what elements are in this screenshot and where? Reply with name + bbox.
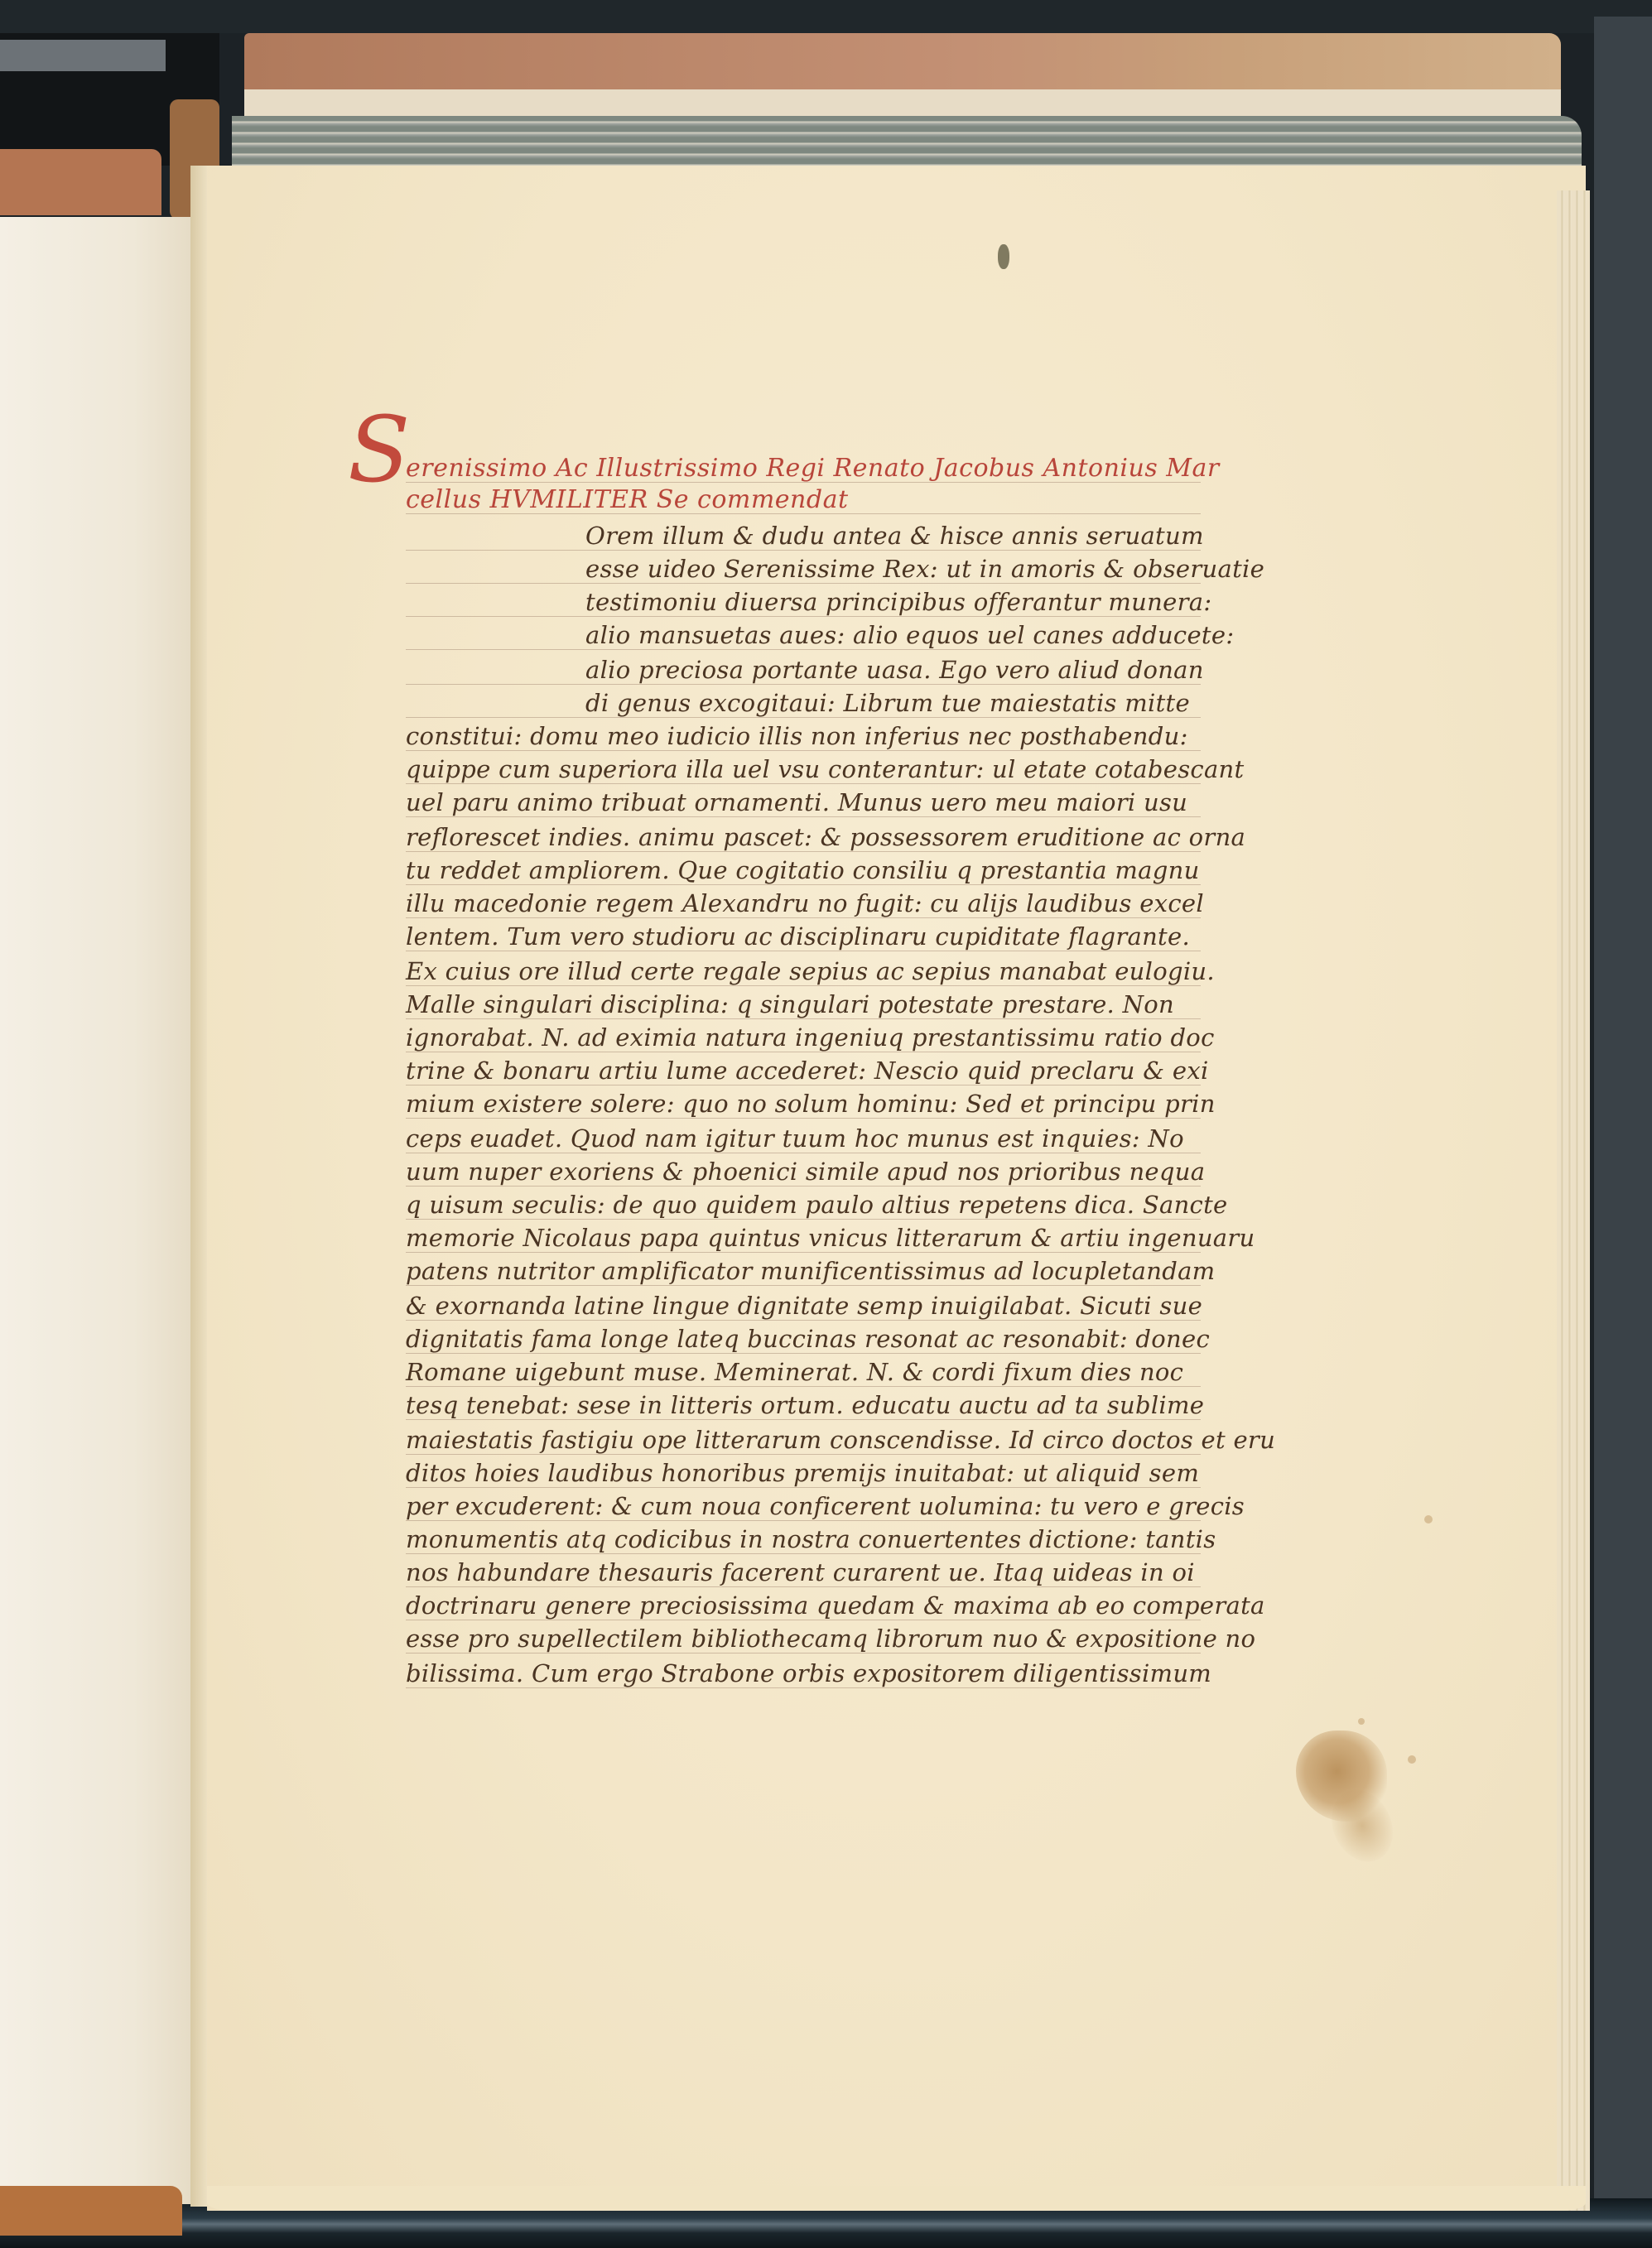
text-line: ignorabat. N. ad eximia natura ingeniuq … bbox=[406, 1023, 1215, 1052]
ruling-line bbox=[406, 1520, 1201, 1521]
left-flyleaf bbox=[0, 217, 190, 2204]
ruling-line bbox=[406, 684, 1201, 685]
scanner-frame-right bbox=[1594, 17, 1652, 2248]
ruling-line bbox=[406, 985, 1201, 986]
ruling-line bbox=[406, 1487, 1201, 1488]
ruling-line bbox=[406, 1018, 1201, 1019]
left-board-stripe bbox=[0, 40, 166, 71]
ruling-line bbox=[406, 1653, 1201, 1654]
rubric-line: cellus HVMILITER Se commendat bbox=[406, 485, 849, 514]
ruling-line bbox=[406, 951, 1201, 951]
text-line: esse uideo Serenissime Rex: ut in amoris… bbox=[585, 555, 1264, 583]
ruling-line bbox=[406, 616, 1201, 617]
ruling-line bbox=[406, 1419, 1201, 1420]
ruling-line bbox=[406, 1454, 1201, 1455]
text-line: illu macedonie regem Alexandru no fugit:… bbox=[406, 889, 1204, 917]
text-line: patens nutritor amplificator munificenti… bbox=[406, 1257, 1216, 1285]
foxing-spot bbox=[1358, 1718, 1365, 1725]
text-line: alio mansuetas aues: alio equos uel cane… bbox=[585, 621, 1234, 649]
foxing-spot bbox=[1424, 1515, 1433, 1524]
text-line: Ex cuius ore illud certe regale sepius a… bbox=[406, 957, 1215, 985]
ruling-line bbox=[406, 1118, 1201, 1119]
text-line: nos habundare thesauris facerent curaren… bbox=[406, 1558, 1195, 1586]
page-bottom-edge bbox=[207, 2186, 1586, 2211]
ruling-line bbox=[406, 1687, 1201, 1688]
ruling-line bbox=[406, 851, 1201, 852]
text-line: Orem illum & dudu antea & hisce annis se… bbox=[585, 522, 1204, 550]
text-line: uum nuper exoriens & phoenici simile apu… bbox=[406, 1158, 1205, 1186]
text-line: lentem. Tum vero studioru ac disciplinar… bbox=[406, 922, 1190, 951]
text-line: ceps euadet. Quod nam igitur tuum hoc mu… bbox=[406, 1124, 1184, 1153]
ruling-line bbox=[406, 649, 1201, 650]
ruling-line bbox=[406, 1285, 1201, 1286]
ruling-line bbox=[406, 717, 1201, 718]
text-line: constitui: domu meo iudicio illis non in… bbox=[406, 722, 1188, 750]
scanner-frame-top bbox=[0, 0, 1652, 33]
signature-mark bbox=[998, 244, 1009, 269]
page-fore-edge bbox=[1557, 190, 1590, 2211]
ruling-line bbox=[406, 583, 1201, 584]
ruling-line bbox=[406, 1219, 1201, 1220]
ruling-line bbox=[406, 1085, 1201, 1085]
text-line: doctrinaru genere preciosissima quedam &… bbox=[406, 1591, 1265, 1620]
text-line: dignitatis fama longe lateq buccinas res… bbox=[406, 1325, 1210, 1353]
ruling-line bbox=[406, 816, 1201, 817]
ruling-line bbox=[406, 884, 1201, 885]
ruling-line bbox=[406, 1153, 1201, 1153]
ruling-line bbox=[406, 1620, 1201, 1620]
ruling-line bbox=[406, 1353, 1201, 1354]
left-leather-corner bbox=[0, 149, 161, 215]
text-line: di genus excogitaui: Librum tue maiestat… bbox=[585, 689, 1190, 717]
text-line: alio preciosa portante uasa. Ego vero al… bbox=[585, 656, 1204, 684]
ruling-line bbox=[406, 550, 1201, 551]
ruling-line bbox=[406, 750, 1201, 751]
text-line: maiestatis fastigiu ope litterarum consc… bbox=[406, 1426, 1275, 1454]
text-line: quippe cum superiora illa uel vsu conter… bbox=[406, 755, 1244, 783]
text-line: esse pro supellectilem bibliothecamq lib… bbox=[406, 1625, 1255, 1653]
rubric-line: erenissimo Ac Illustrissimo Regi Renato … bbox=[406, 454, 1220, 483]
ruling-line bbox=[406, 1586, 1201, 1587]
text-line: memorie Nicolaus papa quintus vnicus lit… bbox=[406, 1224, 1255, 1252]
ruling-line bbox=[406, 1386, 1201, 1387]
rubric-initial: S bbox=[348, 404, 410, 495]
ruling-line bbox=[406, 1186, 1201, 1187]
left-leather-bottom bbox=[0, 2186, 182, 2236]
ruling-line bbox=[406, 1320, 1201, 1321]
ruling-line bbox=[406, 1553, 1201, 1554]
text-line: tesq tenebat: sese in litteris ortum. ed… bbox=[406, 1391, 1204, 1419]
text-line: reflorescet indies. animu pascet: & poss… bbox=[406, 823, 1245, 851]
text-line: ditos hoies laudibus honoribus premijs i… bbox=[406, 1459, 1199, 1487]
text-line: testimoniu diuersa principibus offerantu… bbox=[585, 588, 1211, 616]
ruling-line bbox=[406, 1052, 1201, 1052]
text-line: mium existere solere: quo no solum homin… bbox=[406, 1090, 1216, 1118]
text-line: q uisum seculis: de quo quidem paulo alt… bbox=[406, 1191, 1228, 1219]
ruling-line bbox=[406, 917, 1201, 918]
text-line: Romane uigebunt muse. Meminerat. N. & co… bbox=[406, 1358, 1183, 1386]
ruling-line bbox=[406, 1252, 1201, 1253]
text-line: bilissima. Cum ergo Strabone orbis expos… bbox=[406, 1659, 1211, 1687]
text-line: & exornanda latine lingue dignitate semp… bbox=[406, 1292, 1202, 1320]
text-line: tu reddet ampliorem. Que cogitatio consi… bbox=[406, 856, 1200, 884]
ruling-line bbox=[406, 783, 1201, 784]
text-line: trine & bonaru artiu lume accederet: Nes… bbox=[406, 1057, 1209, 1085]
text-line: uel paru animo tribuat ornamenti. Munus … bbox=[406, 788, 1187, 816]
text-line: Malle singulari disciplina: q singulari … bbox=[406, 990, 1174, 1018]
text-line: monumentis atq codicibus in nostra conue… bbox=[406, 1525, 1216, 1553]
foxing-spot bbox=[1408, 1755, 1416, 1764]
text-line: per excuderent: & cum noua conficerent u… bbox=[406, 1492, 1245, 1520]
